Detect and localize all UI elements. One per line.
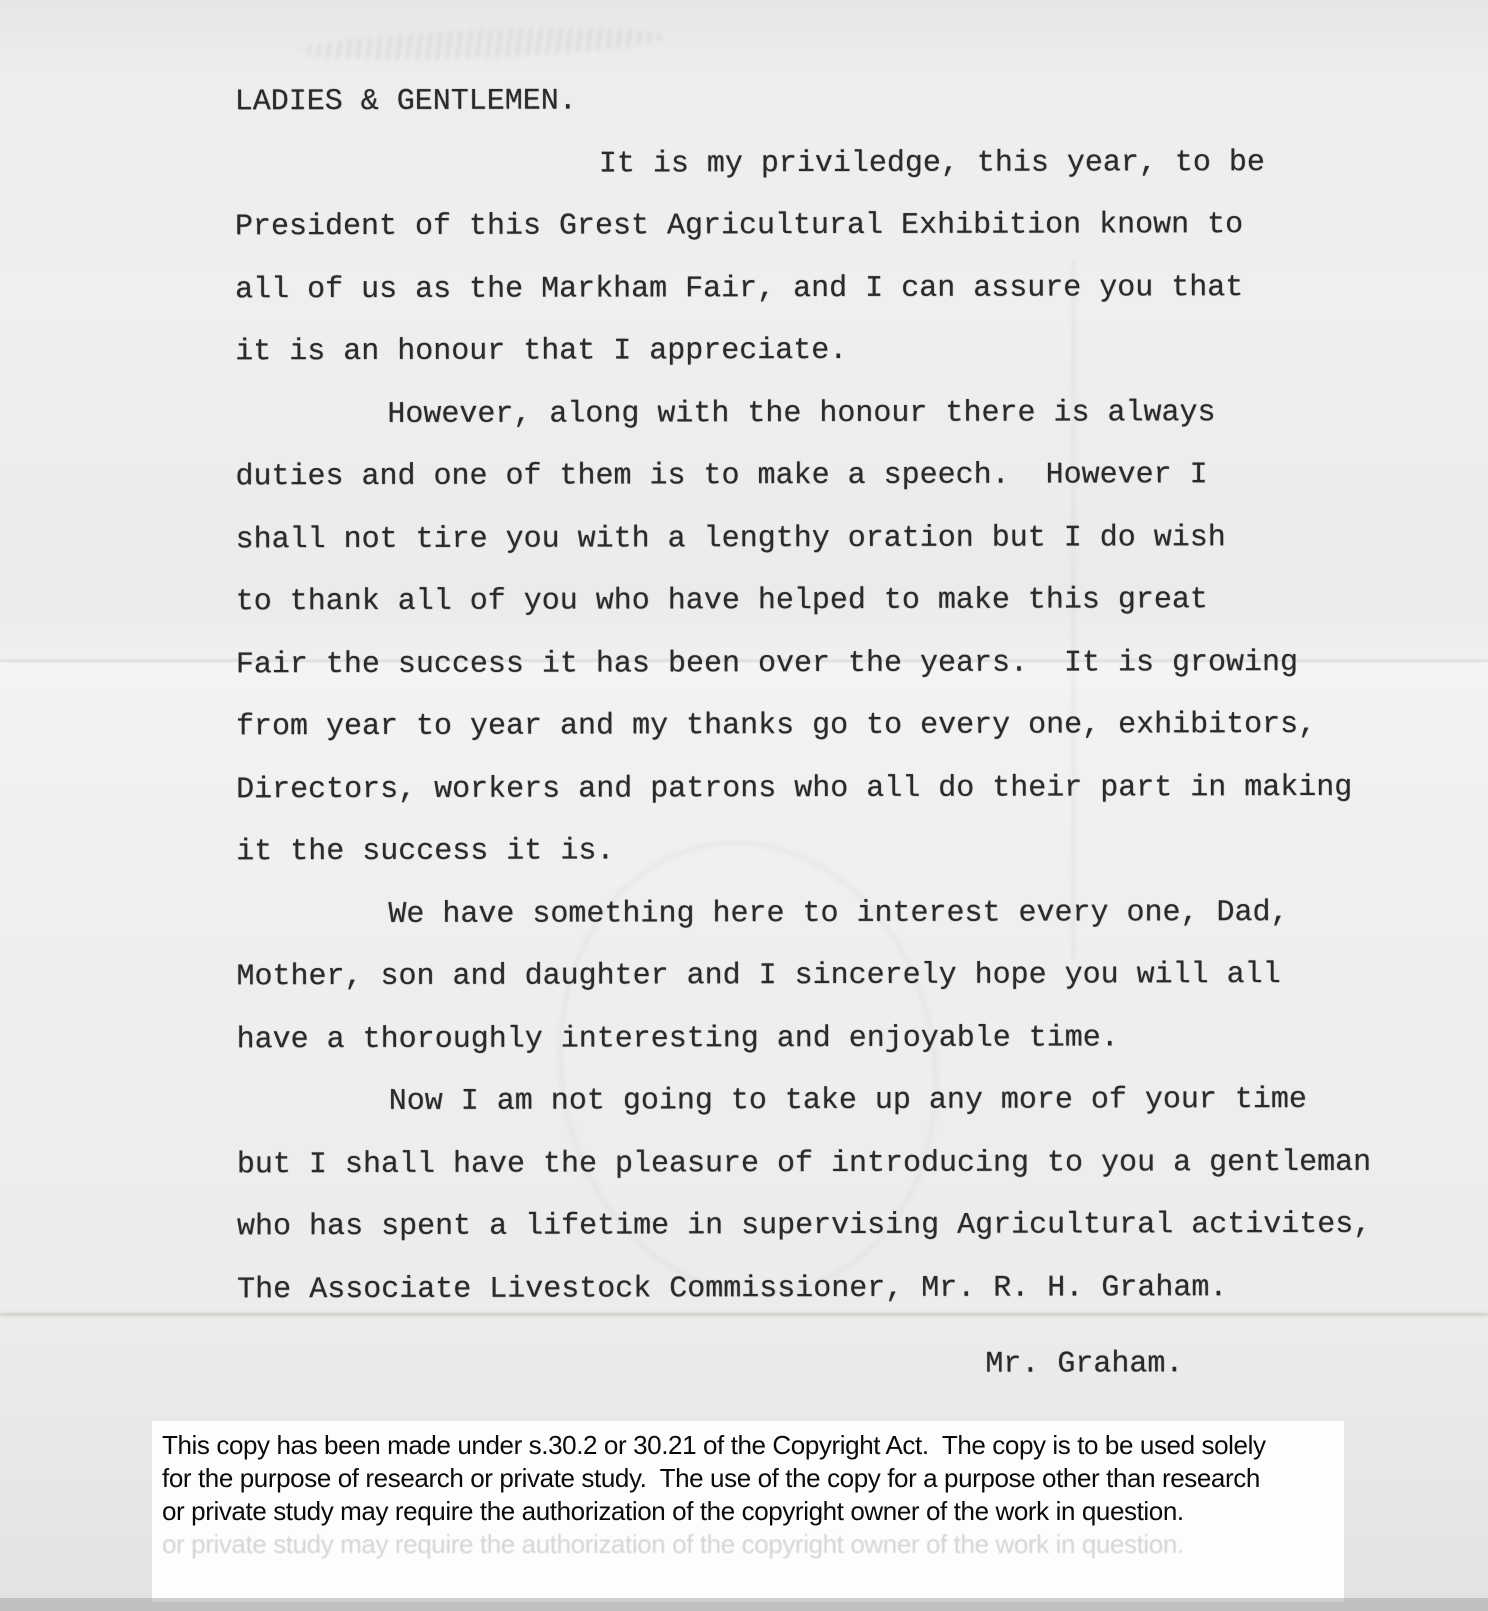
copyright-notice-ghost-line: or private study may require the authori… [162, 1528, 1184, 1561]
letter-line: We have something here to interest every… [236, 881, 1416, 946]
letter-line: all of us as the Markham Fair, and I can… [235, 256, 1415, 321]
typewritten-letter: LADIES & GENTLEMEN. It is my priviledge,… [235, 69, 1418, 1398]
letter-line: have a thoroughly interesting and enjoya… [237, 1006, 1417, 1071]
letter-line: Fair the success it has been over the ye… [236, 631, 1416, 696]
scanned-letter-page: LADIES & GENTLEMEN. It is my priviledge,… [0, 0, 1488, 1611]
salutation-line: LADIES & GENTLEMEN. [235, 69, 1415, 134]
letter-line: Mother, son and daughter and I sincerely… [236, 944, 1416, 1009]
letter-line: It is my priviledge, this year, to be [235, 131, 1415, 196]
letter-line: duties and one of them is to make a spee… [235, 444, 1415, 509]
signature-line: Mr. Graham. [237, 1333, 1417, 1398]
letter-line: Directors, workers and patrons who all d… [236, 756, 1416, 821]
copyright-notice-line: This copy has been made under s.30.2 or … [162, 1429, 1266, 1462]
letter-line: The Associate Livestock Commissioner, Mr… [237, 1256, 1417, 1321]
letter-line: However, along with the honour there is … [235, 381, 1415, 446]
scan-bottom-edge [0, 1598, 1488, 1611]
letter-line: Now I am not going to take up any more o… [237, 1069, 1417, 1134]
copyright-notice-line: or private study may require the authori… [162, 1495, 1184, 1528]
letter-line: to thank all of you who have helped to m… [236, 569, 1416, 634]
letter-line: who has spent a lifetime in supervising … [237, 1194, 1417, 1259]
letter-line: but I shall have the pleasure of introdu… [237, 1131, 1417, 1196]
letter-line: it the success it is. [236, 819, 1416, 884]
letter-line: President of this Grest Agricultural Exh… [235, 194, 1415, 259]
letter-line: from year to year and my thanks go to ev… [236, 694, 1416, 759]
copyright-notice-box: This copy has been made under s.30.2 or … [152, 1421, 1344, 1602]
faint-pencil-smudge [297, 23, 668, 65]
copyright-notice-line: for the purpose of research or private s… [162, 1462, 1260, 1495]
letter-line: it is an honour that I appreciate. [235, 319, 1415, 384]
letter-line: shall not tire you with a lengthy oratio… [236, 506, 1416, 571]
